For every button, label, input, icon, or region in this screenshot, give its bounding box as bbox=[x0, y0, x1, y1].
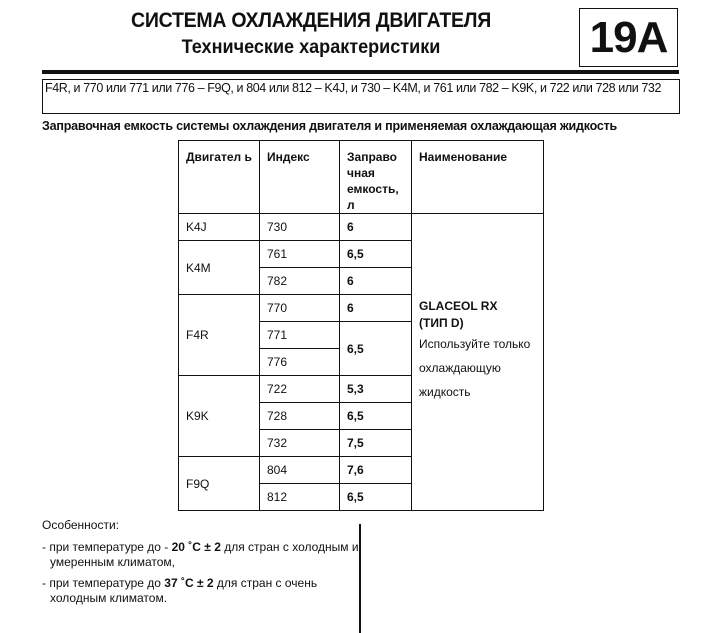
index-cell: 771 bbox=[260, 322, 340, 349]
column-divider bbox=[359, 524, 361, 633]
note-item: - при температуре до 37 ˚C ± 2 для стран… bbox=[42, 576, 362, 606]
index-cell: 770 bbox=[260, 295, 340, 322]
capacity-cell: 6,5 bbox=[340, 322, 412, 376]
index-cell: 804 bbox=[260, 457, 340, 484]
engine-cell: K4J bbox=[179, 214, 260, 241]
col-header-engine: Двигател ь bbox=[179, 141, 260, 214]
engine-cell: K4M bbox=[179, 241, 260, 295]
col-header-name: Наименование bbox=[412, 141, 544, 214]
page-title: СИСТЕМА ОХЛАЖДЕНИЯ ДВИГАТЕЛЯ bbox=[22, 9, 600, 33]
section-code-badge: 19A bbox=[579, 8, 678, 67]
index-cell: 730 bbox=[260, 214, 340, 241]
capacity-cell: 7,5 bbox=[340, 430, 412, 457]
notes-heading: Особенности: bbox=[42, 518, 362, 533]
capacity-cell: 6,5 bbox=[340, 403, 412, 430]
table-header-row: Двигател ь Индекс Заправо чная емкость, … bbox=[179, 141, 544, 214]
index-cell: 782 bbox=[260, 268, 340, 295]
coolant-name-cell: GLACEOL RX (ТИП D) Используйте только ох… bbox=[412, 214, 544, 511]
capacity-cell: 6,5 bbox=[340, 241, 412, 268]
coolant-type: (ТИП D) bbox=[419, 315, 536, 332]
page-subtitle: Технические характеристики bbox=[16, 37, 607, 59]
index-cell: 812 bbox=[260, 484, 340, 511]
coolant-note-line: жидкость bbox=[419, 381, 536, 404]
coolant-note-line: охлаждающую bbox=[419, 357, 536, 380]
index-cell: 722 bbox=[260, 376, 340, 403]
index-cell: 732 bbox=[260, 430, 340, 457]
notes-block: Особенности: - при температуре до - 20 ˚… bbox=[42, 518, 362, 612]
index-cell: 776 bbox=[260, 349, 340, 376]
coolant-capacity-table: Двигател ь Индекс Заправо чная емкость, … bbox=[178, 140, 544, 511]
applicability-box: F4R, и 770 или 771 или 776 – F9Q, и 804 … bbox=[42, 79, 680, 114]
note-temperature: 20 ˚C ± 2 bbox=[172, 540, 221, 554]
coolant-name: GLACEOL RX bbox=[419, 298, 536, 315]
index-cell: 761 bbox=[260, 241, 340, 268]
header-divider bbox=[42, 70, 679, 74]
note-text: - при температуре до - bbox=[42, 540, 172, 554]
capacity-cell: 7,6 bbox=[340, 457, 412, 484]
capacity-cell: 6 bbox=[340, 214, 412, 241]
section-heading: Заправочная емкость системы охлаждения д… bbox=[42, 119, 617, 133]
coolant-note-line: Используйте только bbox=[419, 333, 536, 356]
capacity-cell: 6 bbox=[340, 295, 412, 322]
note-item: - при температуре до - 20 ˚C ± 2 для стр… bbox=[42, 540, 362, 570]
col-header-index: Индекс bbox=[260, 141, 340, 214]
index-cell: 728 bbox=[260, 403, 340, 430]
capacity-cell: 5,3 bbox=[340, 376, 412, 403]
note-text: - при температуре до bbox=[42, 576, 164, 590]
col-header-capacity: Заправо чная емкость, л bbox=[340, 141, 412, 214]
capacity-cell: 6,5 bbox=[340, 484, 412, 511]
engine-cell: F9Q bbox=[179, 457, 260, 511]
table-row: K4J 730 6 GLACEOL RX (ТИП D) Используйте… bbox=[179, 214, 544, 241]
note-temperature: 37 ˚C ± 2 bbox=[164, 576, 213, 590]
engine-cell: K9K bbox=[179, 376, 260, 457]
engine-cell: F4R bbox=[179, 295, 260, 376]
capacity-cell: 6 bbox=[340, 268, 412, 295]
